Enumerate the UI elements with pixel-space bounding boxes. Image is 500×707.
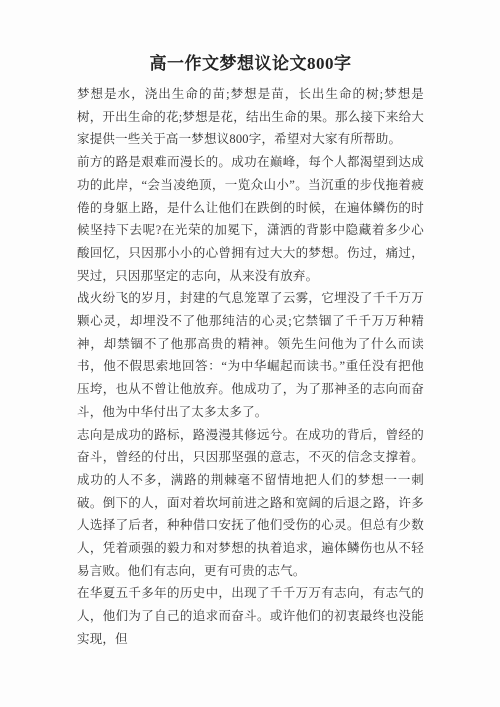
- essay-paragraph: 在华夏五千多年的历史中，出现了千千万万有志向，有志气的人，他们为了自己的追求而奋…: [77, 582, 424, 650]
- page-title: 高一作文梦想议论文800字: [77, 52, 424, 76]
- document-page: 高一作文梦想议论文800字 梦想是水，浇出生命的苗;梦想是苗，长出生命的树;梦想…: [0, 0, 500, 707]
- essay-paragraph: 战火纷飞的岁月，封建的气息笼罩了云雾，它埋没了千千万万颗心灵，却埋没不了他那纯洁…: [77, 287, 424, 423]
- essay-paragraph: 志向是成功的路标，路漫漫其修远兮。在成功的背后，曾经的奋斗，曾经的付出，只因那坚…: [77, 424, 424, 583]
- essay-paragraph: 梦想是水，浇出生命的苗;梦想是苗，长出生命的树;梦想是树，开出生命的花;梦想是花…: [77, 83, 424, 151]
- essay-paragraph: 前方的路是艰难而漫长的。成功在巅峰，每个人都渴望到达成功的此岸，“会当凌绝顶，一…: [77, 151, 424, 287]
- essay-body: 梦想是水，浇出生命的苗;梦想是苗，长出生命的树;梦想是树，开出生命的花;梦想是花…: [77, 83, 424, 651]
